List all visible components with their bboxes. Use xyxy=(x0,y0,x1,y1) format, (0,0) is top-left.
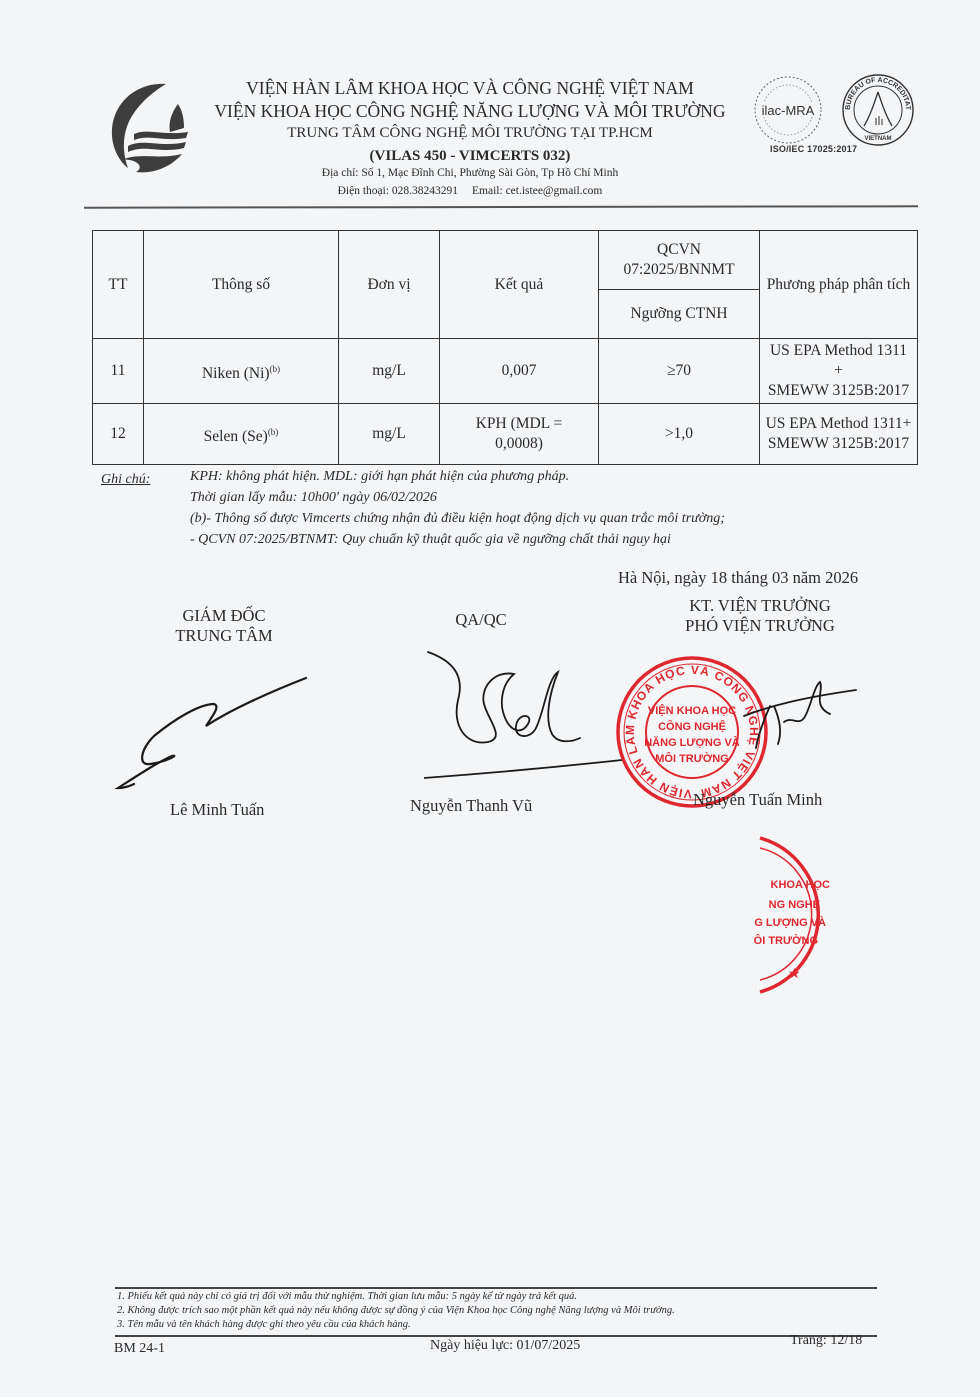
notes-list: KPH: không phát hiện. MDL: giới hạn phát… xyxy=(190,466,725,550)
effective-date: Ngày hiệu lực: 01/07/2025 xyxy=(430,1338,580,1354)
accreditation-codes: (VILAS 450 - VIMCERTS 032) xyxy=(200,148,740,165)
svg-text:ÔI TRƯỜNG: ÔI TRƯỜNG xyxy=(754,934,818,947)
header-divider xyxy=(84,205,918,208)
col-header-unit: Đơn vị xyxy=(339,231,440,339)
cell-method: US EPA Method 1311+SMEWW 3125B:2017 xyxy=(760,404,918,465)
ilac-mra-icon: ilac-MRA xyxy=(755,77,821,143)
cell-parameter: Niken (Ni)(b) xyxy=(144,339,339,404)
academy-name: VIỆN HÀN LÂM KHOA HỌC VÀ CÔNG NGHỆ VIỆT … xyxy=(200,78,740,99)
address: Địa chỉ: Số 1, Mạc Đĩnh Chi, Phường Sài … xyxy=(200,167,740,179)
svg-text:KHOA HỌC: KHOA HỌC xyxy=(771,879,831,891)
center-name: TRUNG TÂM CÔNG NGHỆ MÔI TRƯỜNG TẠI TP.HC… xyxy=(200,125,740,142)
svg-text:VIỆN KHOA HỌC: VIỆN KHOA HỌC xyxy=(648,704,736,717)
form-code: BM 24-1 xyxy=(114,1341,165,1357)
phone: Điện thoại: 028.38243291 xyxy=(338,185,458,197)
results-table: TT Thông số Đơn vị Kết quả QCVN07:2025/B… xyxy=(92,230,918,465)
col-header-parameter: Thông số xyxy=(144,231,339,339)
cell-result: 0,007 xyxy=(440,339,599,404)
partial-seal-icon: KHOA HỌC NG NGHỆ G LƯỢNG VÀ ÔI TRƯỜNG ★ xyxy=(740,830,890,1000)
note-item: KPH: không phát hiện. MDL: giới hạn phát… xyxy=(190,466,725,487)
svg-text:VIETNAM: VIETNAM xyxy=(865,136,892,142)
institute-logo-icon xyxy=(104,78,200,178)
qaqc-signature-icon xyxy=(418,648,628,783)
cell-unit: mg/L xyxy=(339,339,440,404)
cell-tt: 11 xyxy=(93,339,144,404)
cell-tt: 12 xyxy=(93,404,144,465)
deputy-title: KT. VIỆN TRƯỞNGPHÓ VIỆN TRƯỞNG xyxy=(640,596,880,636)
svg-text:NĂNG LƯỢNG VÀ: NĂNG LƯỢNG VÀ xyxy=(644,736,740,749)
notes-label: Ghi chú: xyxy=(101,472,150,488)
note-item: Thời gian lấy mẫu: 10h00' ngày 06/02/202… xyxy=(190,487,725,508)
table-row: 12 Selen (Se)(b) mg/L KPH (MDL =0,0008) … xyxy=(93,404,918,465)
institute-name: VIỆN KHOA HỌC CÔNG NGHỆ NĂNG LƯỢNG VÀ MÔ… xyxy=(200,101,740,122)
email-link[interactable]: Email: cet.istee@gmail.com xyxy=(472,185,602,197)
page-number: Trang: 12/18 xyxy=(790,1333,862,1349)
svg-text:G LƯỢNG VÀ: G LƯỢNG VÀ xyxy=(754,916,826,929)
cell-unit: mg/L xyxy=(339,404,440,465)
cell-result: KPH (MDL =0,0008) xyxy=(440,404,599,465)
note-item: (b)- Thông số được Vimcerts chứng nhận đ… xyxy=(190,508,725,529)
svg-text:★: ★ xyxy=(788,967,801,982)
place-date: Hà Nội, ngày 18 tháng 03 năm 2026 xyxy=(618,568,858,588)
col-header-standard: QCVN07:2025/BNNMT xyxy=(599,231,760,290)
svg-text:CÔNG NGHỆ: CÔNG NGHỆ xyxy=(658,720,726,733)
note-item: - QCVN 07:2025/BTNMT: Quy chuẩn kỹ thuật… xyxy=(190,529,725,550)
cell-threshold: ≥70 xyxy=(599,339,760,404)
footer-note: 2. Không được trích sao một phần kết quả… xyxy=(117,1304,675,1318)
footer-note: 1. Phiếu kết quả này chỉ có giá trị đối … xyxy=(117,1290,675,1304)
col-header-result: Kết quả xyxy=(440,231,599,339)
qaqc-title: QA/QC xyxy=(416,610,546,630)
qaqc-name: Nguyễn Thanh Vũ xyxy=(410,796,532,816)
director-signature-icon xyxy=(110,670,320,800)
deputy-signature-icon xyxy=(740,676,860,756)
cell-threshold: >1,0 xyxy=(599,404,760,465)
director-title: GIÁM ĐỐCTRUNG TÂM xyxy=(140,606,308,646)
cell-parameter: Selen (Se)(b) xyxy=(144,404,339,465)
col-header-method: Phương pháp phân tích xyxy=(760,231,918,339)
deputy-name: Nguyễn Tuấn Minh xyxy=(693,790,822,810)
footer-note: 3. Tên mẫu và tên khách hàng được ghi th… xyxy=(117,1318,675,1332)
col-header-threshold: Ngưỡng CTNH xyxy=(599,290,760,339)
contact-line: Điện thoại: 028.38243291Email: cet.istee… xyxy=(200,185,740,197)
footer-divider-top xyxy=(115,1287,877,1289)
table-row: 11 Niken (Ni)(b) mg/L 0,007 ≥70 US EPA M… xyxy=(93,339,918,404)
svg-text:NG NGHỆ: NG NGHỆ xyxy=(769,898,820,911)
svg-text:ilac-MRA: ilac-MRA xyxy=(762,103,815,118)
svg-text:MÔI TRƯỜNG: MÔI TRƯỜNG xyxy=(655,752,729,765)
footer-divider-bottom xyxy=(115,1335,877,1337)
cell-method: US EPA Method 1311 +SMEWW 3125B:2017 xyxy=(760,339,918,404)
director-name: Lê Minh Tuấn xyxy=(170,800,264,820)
col-header-tt: TT xyxy=(93,231,144,339)
footer-notes: 1. Phiếu kết quả này chỉ có giá trị đối … xyxy=(117,1290,675,1332)
iso-standard: ISO/IEC 17025:2017 xyxy=(770,144,857,154)
